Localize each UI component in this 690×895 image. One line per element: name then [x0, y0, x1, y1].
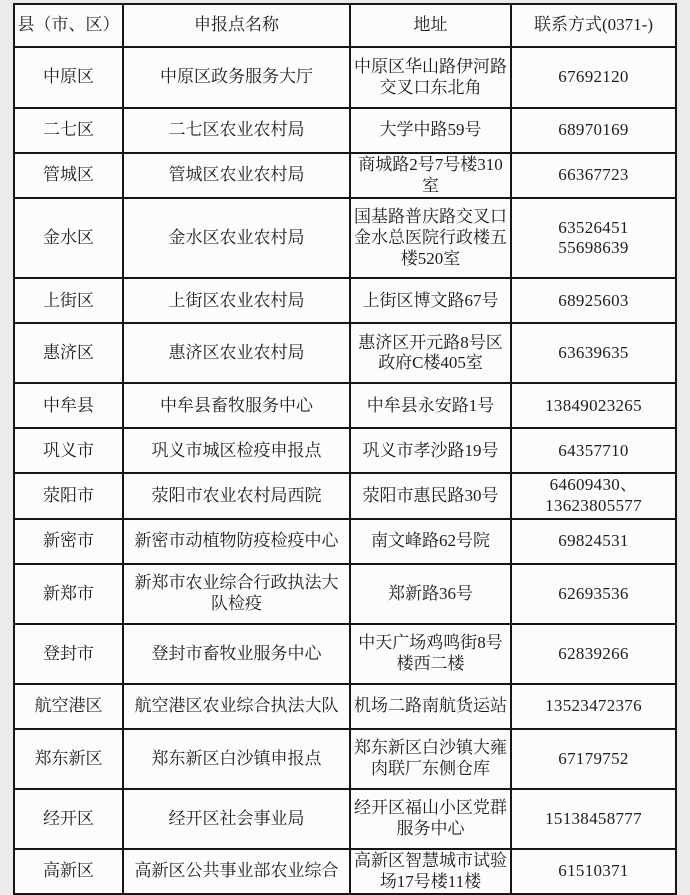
table-row: 新郑市 新郑市农业综合行政执法大 队检疫 郑新路36号 62693536 [14, 564, 676, 624]
district-cell: 高新区 [14, 849, 123, 894]
district-cell: 新密市 [14, 519, 123, 564]
district-cell: 经开区 [14, 789, 123, 849]
table-row: 巩义市 巩义市城区检疫申报点 巩义市孝沙路19号 64357710 [14, 428, 676, 473]
phone-cell: 15138458777 [511, 789, 676, 849]
phone-cell: 69824531 [511, 519, 676, 564]
site-name-cell: 中牟县畜牧服务中心 [123, 383, 350, 428]
table-row: 上街区 上街区农业农村局 上街区博文路67号 68925603 [14, 278, 676, 323]
phone-cell: 67179752 [511, 729, 676, 789]
phone-cell: 67692120 [511, 47, 676, 108]
header-district: 县（市、区） [14, 4, 123, 47]
site-name-cell: 荥阳市农业农村局西院 [123, 473, 350, 518]
district-cell: 上街区 [14, 278, 123, 323]
address-cell: 经开区福山小区党群 服务中心 [350, 789, 511, 849]
table-row: 二七区 二七区农业农村局 大学中路59号 68970169 [14, 108, 676, 153]
district-cell: 新郑市 [14, 564, 123, 624]
address-cell: 中天广场鸡鸣街8号 楼西二楼 [350, 624, 511, 684]
district-cell: 惠济区 [14, 323, 123, 383]
phone-cell: 62839266 [511, 624, 676, 684]
phone-cell: 63639635 [511, 323, 676, 383]
phone-cell: 64357710 [511, 428, 676, 473]
district-cell: 管城区 [14, 153, 123, 198]
table-row: 登封市 登封市畜牧业服务中心 中天广场鸡鸣街8号 楼西二楼 62839266 [14, 624, 676, 684]
site-name-cell: 郑东新区白沙镇申报点 [123, 729, 350, 789]
address-cell: 郑东新区白沙镇大雍 肉联厂东侧仓库 [350, 729, 511, 789]
district-cell: 二七区 [14, 108, 123, 153]
address-cell: 上街区博文路67号 [350, 278, 511, 323]
table-row: 航空港区 航空港区农业综合执法大队 机场二路南航货运站 13523472376 [14, 684, 676, 729]
phone-cell: 61510371 [511, 849, 676, 894]
phone-cell: 68925603 [511, 278, 676, 323]
site-name-cell: 航空港区农业综合执法大队 [123, 684, 350, 729]
phone-cell: 13523472376 [511, 684, 676, 729]
address-cell: 南文峰路62号院 [350, 519, 511, 564]
declaration-points-table: 县（市、区） 申报点名称 地址 联系方式(0371-) 中原区 中原区政务服务大… [13, 3, 677, 895]
district-cell: 登封市 [14, 624, 123, 684]
phone-cell: 66367723 [511, 153, 676, 198]
table-row: 中原区 中原区政务服务大厅 中原区华山路伊河路 交叉口东北角 67692120 [14, 47, 676, 108]
address-cell: 中牟县永安路1号 [350, 383, 511, 428]
address-cell: 郑新路36号 [350, 564, 511, 624]
address-cell: 荥阳市惠民路30号 [350, 473, 511, 518]
site-name-cell: 上街区农业农村局 [123, 278, 350, 323]
table-row: 金水区 金水区农业农村局 国基路普庆路交叉口 金水总医院行政楼五 楼520室 6… [14, 198, 676, 278]
site-name-cell: 登封市畜牧业服务中心 [123, 624, 350, 684]
table-row: 荥阳市 荥阳市农业农村局西院 荥阳市惠民路30号 64609430、 13623… [14, 473, 676, 518]
district-cell: 郑东新区 [14, 729, 123, 789]
address-cell: 国基路普庆路交叉口 金水总医院行政楼五 楼520室 [350, 198, 511, 278]
address-cell: 惠济区开元路8号区 政府C楼405室 [350, 323, 511, 383]
site-name-cell: 惠济区农业农村局 [123, 323, 350, 383]
address-cell: 高新区智慧城市试验 场17号楼11楼 [350, 849, 511, 894]
district-cell: 巩义市 [14, 428, 123, 473]
table-row: 高新区 高新区公共事业部农业综合 高新区智慧城市试验 场17号楼11楼 6151… [14, 849, 676, 894]
phone-cell: 68970169 [511, 108, 676, 153]
address-cell: 商城路2号7号楼310 室 [350, 153, 511, 198]
table-row: 惠济区 惠济区农业农村局 惠济区开元路8号区 政府C楼405室 63639635 [14, 323, 676, 383]
phone-cell: 13849023265 [511, 383, 676, 428]
table-row: 中牟县 中牟县畜牧服务中心 中牟县永安路1号 13849023265 [14, 383, 676, 428]
site-name-cell: 巩义市城区检疫申报点 [123, 428, 350, 473]
district-cell: 航空港区 [14, 684, 123, 729]
page: 县（市、区） 申报点名称 地址 联系方式(0371-) 中原区 中原区政务服务大… [0, 0, 690, 895]
district-cell: 中牟县 [14, 383, 123, 428]
table-row: 管城区 管城区农业农村局 商城路2号7号楼310 室 66367723 [14, 153, 676, 198]
site-name-cell: 高新区公共事业部农业综合 [123, 849, 350, 894]
site-name-cell: 金水区农业农村局 [123, 198, 350, 278]
header-address: 地址 [350, 4, 511, 47]
phone-cell: 62693536 [511, 564, 676, 624]
table-row: 郑东新区 郑东新区白沙镇申报点 郑东新区白沙镇大雍 肉联厂东侧仓库 671797… [14, 729, 676, 789]
address-cell: 中原区华山路伊河路 交叉口东北角 [350, 47, 511, 108]
site-name-cell: 新郑市农业综合行政执法大 队检疫 [123, 564, 350, 624]
header-phone: 联系方式(0371-) [511, 4, 676, 47]
site-name-cell: 管城区农业农村局 [123, 153, 350, 198]
district-cell: 金水区 [14, 198, 123, 278]
address-cell: 机场二路南航货运站 [350, 684, 511, 729]
site-name-cell: 新密市动植物防疫检疫中心 [123, 519, 350, 564]
district-cell: 荥阳市 [14, 473, 123, 518]
site-name-cell: 中原区政务服务大厅 [123, 47, 350, 108]
site-name-cell: 经开区社会事业局 [123, 789, 350, 849]
site-name-cell: 二七区农业农村局 [123, 108, 350, 153]
phone-cell: 63526451 55698639 [511, 198, 676, 278]
phone-cell: 64609430、 13623805577 [511, 473, 676, 518]
table-row: 新密市 新密市动植物防疫检疫中心 南文峰路62号院 69824531 [14, 519, 676, 564]
address-cell: 巩义市孝沙路19号 [350, 428, 511, 473]
address-cell: 大学中路59号 [350, 108, 511, 153]
district-cell: 中原区 [14, 47, 123, 108]
header-row: 县（市、区） 申报点名称 地址 联系方式(0371-) [14, 4, 676, 47]
table-row: 经开区 经开区社会事业局 经开区福山小区党群 服务中心 15138458777 [14, 789, 676, 849]
header-site-name: 申报点名称 [123, 4, 350, 47]
